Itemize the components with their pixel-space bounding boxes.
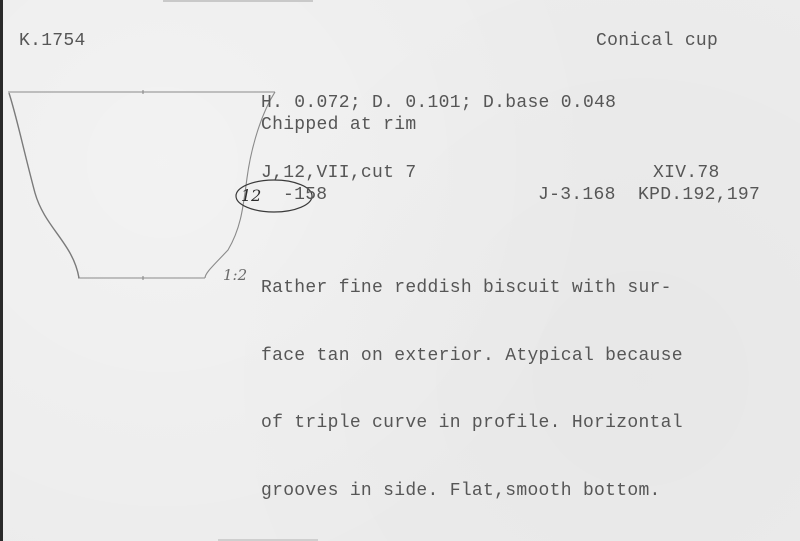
index-card: K.1754 Conical cup H. 0.072; D. 0.101; D… [3, 0, 800, 541]
description: Rather fine reddish biscuit with sur- fa… [261, 232, 683, 541]
kpd-reference: KPD.192,197 [638, 184, 760, 206]
plate-reference: XIV.78 [653, 162, 720, 184]
description-line: grooves in side. Flat,smooth bottom. [261, 480, 683, 503]
scan-edge-top [163, 0, 313, 2]
dimensions: H. 0.072; D. 0.101; D.base 0.048 [261, 92, 616, 114]
drawing-scale-note: 1:2 [223, 266, 247, 284]
object-type: Conical cup [596, 30, 718, 52]
scan-edge-left [0, 0, 3, 541]
inventory-number: -158 [283, 184, 327, 206]
catalog-number: K.1754 [19, 30, 86, 52]
j-reference: J-3.168 [538, 184, 616, 206]
description-line: of triple curve in profile. Horizontal [261, 412, 683, 435]
description-line: face tan on exterior. Atypical because [261, 345, 683, 368]
condition: Chipped at rim [261, 114, 416, 136]
inventory-handwritten-prefix: 12 [241, 186, 261, 205]
description-line: Rather fine reddish biscuit with sur- [261, 277, 683, 300]
